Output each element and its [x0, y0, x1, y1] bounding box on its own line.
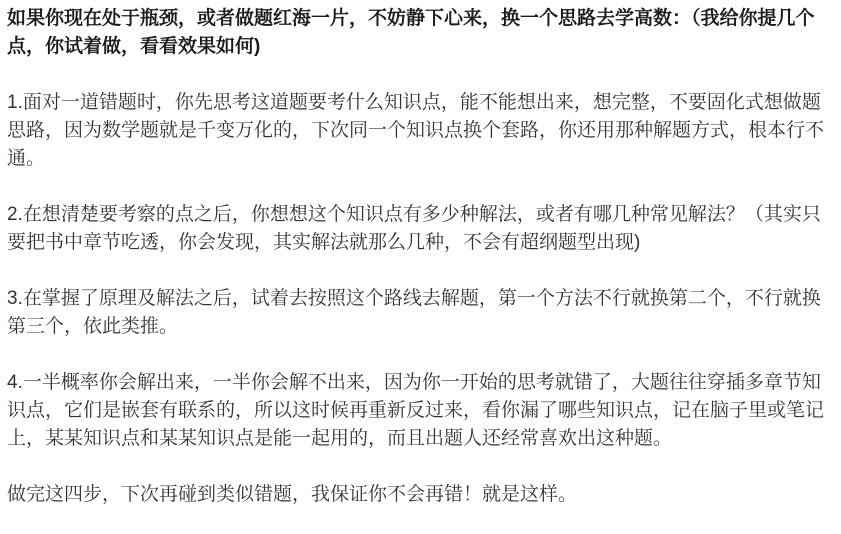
paragraph-step-1: 1.面对一道错题时，你先思考这道题要考什么知识点，能不能想出来，想完整，不要固化…: [7, 89, 831, 173]
paragraph-conclusion: 做完这四步，下次再碰到类似错题，我保证你不会再错！就是这样。: [7, 481, 831, 509]
article-body: 如果你现在处于瓶颈，或者做题红海一片，不妨静下心来，换一个思路去学高数：（我给你…: [0, 0, 841, 509]
paragraph-step-4: 4.一半概率你会解出来，一半你会解不出来，因为你一开始的思考就错了，大题往往穿插…: [7, 369, 831, 453]
paragraph-step-2: 2.在想清楚要考察的点之后，你想想这个知识点有多少种解法，或者有哪几种常见解法？…: [7, 201, 831, 257]
intro-paragraph: 如果你现在处于瓶颈，或者做题红海一片，不妨静下心来，换一个思路去学高数：（我给你…: [7, 5, 831, 61]
paragraph-step-3: 3.在掌握了原理及解法之后，试着去按照这个路线去解题，第一个方法不行就换第二个，…: [7, 285, 831, 341]
